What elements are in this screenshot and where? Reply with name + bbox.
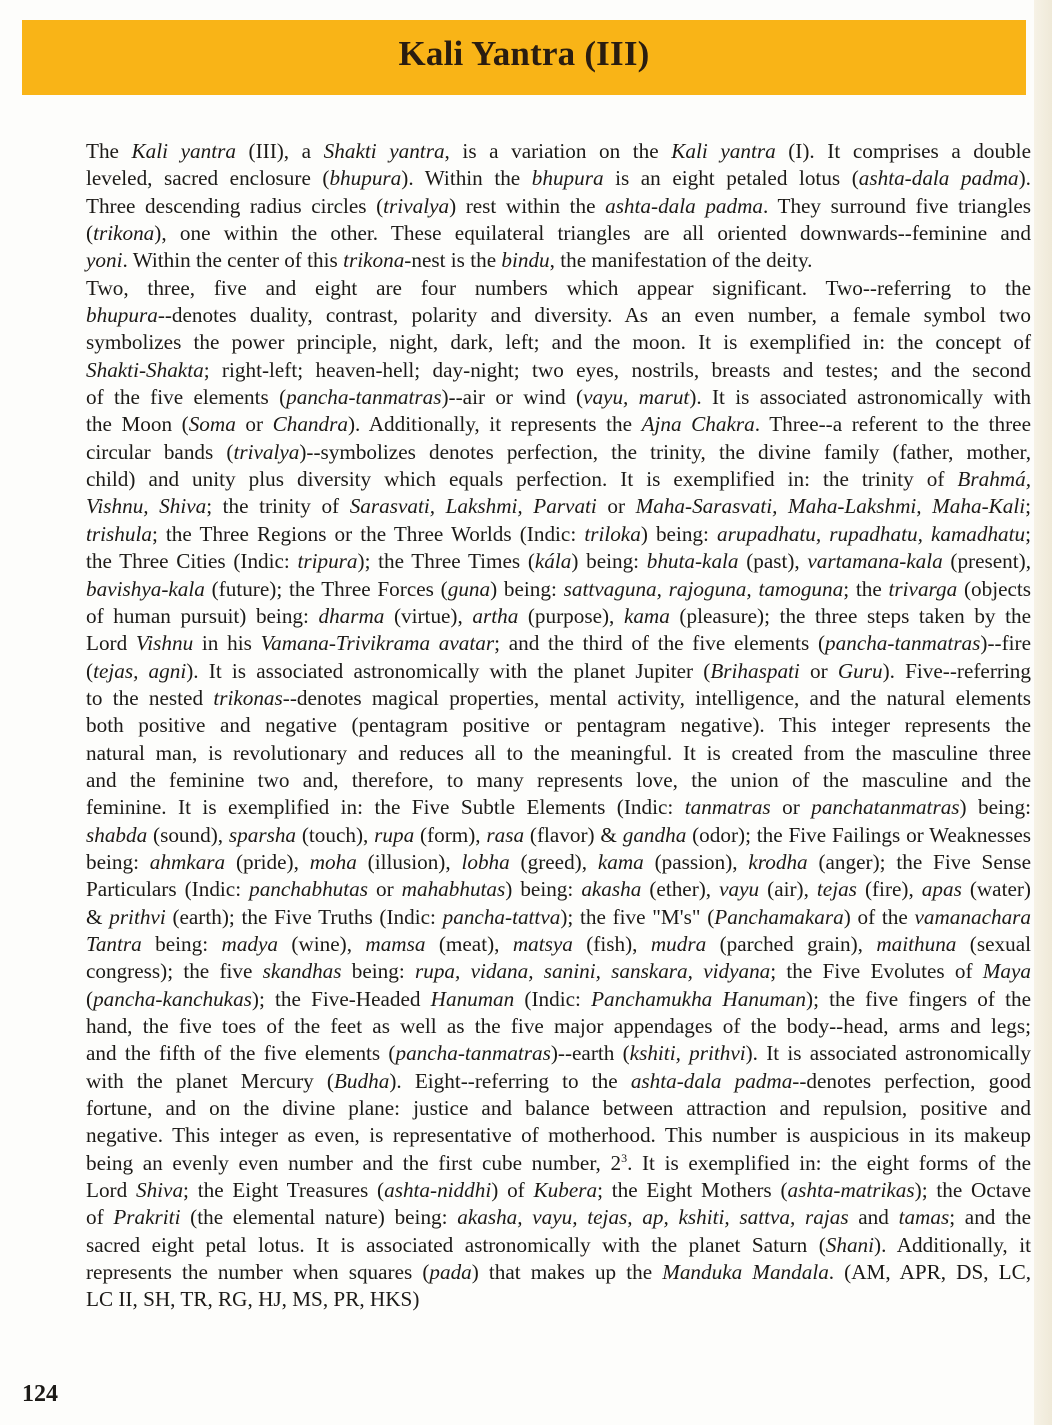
page-number: 124 [22,1381,58,1408]
text-line: and the feminine two and, therefore, to … [22,767,1031,794]
text-line: LC II, SH, TR, RG, HJ, MS, PR, HKS) [22,1286,1031,1313]
text-line: feminine. It is exemplified in: the Five… [22,794,1031,821]
text-line: hand, the five toes of the feet as well … [22,1013,1031,1040]
text-line: bhupura--denotes duality, contrast, pola… [22,302,1031,329]
text-line: represents the number when squares (pada… [22,1259,1031,1286]
text-line: and the fifth of the five elements (panc… [22,1040,1031,1067]
text-line: to the nested trikonas--denotes magical … [22,685,1031,712]
text-line: Lord Shiva; the Eight Treasures (ashta-n… [22,1177,1031,1204]
text-line: of the five elements (pancha-tanmatras)-… [22,384,1031,411]
text-line: & prithvi (earth); the Five Truths (Indi… [22,904,1031,931]
text-line: both positive and negative (pentagram po… [22,712,1031,739]
text-line: Two, three, five and eight are four numb… [22,275,1031,302]
text-line: Tantra being: madya (wine), mamsa (meat)… [22,931,1031,958]
paragraph-intro: The Kali yantra (III), a Shakti yantra, … [22,138,1031,275]
text-line: being an evenly even number and the firs… [22,1150,1031,1177]
page-edge [1034,0,1052,1425]
text-line: (pancha-kanchukas); the Five-Headed Hanu… [22,986,1031,1013]
text-line: of Prakriti (the elemental nature) being… [22,1204,1031,1231]
text-line: fortune, and on the divine plane: justic… [22,1095,1031,1122]
text-line: congress); the five skandhas being: rupa… [22,958,1031,985]
text-line: leveled, sacred enclosure (bhupura). Wit… [22,165,1031,192]
text-line: trishula; the Three Regions or the Three… [22,521,1031,548]
text-line: the Three Cities (Indic: tripura); the T… [22,548,1031,575]
body-text: The Kali yantra (III), a Shakti yantra, … [22,138,1031,1314]
title-banner: Kali Yantra (III) [22,20,1026,95]
text-line: bavishya-kala (future); the Three Forces… [22,576,1031,603]
text-line: Three descending radius circles (trivaly… [22,193,1031,220]
text-line: symbolizes the power principle, night, d… [22,329,1031,356]
text-line: of human pursuit) being: dharma (virtue)… [22,603,1031,630]
page-title: Kali Yantra (III) [399,34,650,74]
text-line: Particulars (Indic: panchabhutas or maha… [22,876,1031,903]
text-line: being: ahmkara (pride), moha (illusion),… [22,849,1031,876]
text-line: (tejas, agni). It is associated astronom… [22,658,1031,685]
text-line: The Kali yantra (III), a Shakti yantra, … [22,138,1031,165]
text-line: yoni. Within the center of this trikona-… [22,247,1031,274]
text-line: natural man, is revolutionary and reduce… [22,740,1031,767]
text-line: the Moon (Soma or Chandra). Additionally… [22,411,1031,438]
text-line: shabda (sound), sparsha (touch), rupa (f… [22,822,1031,849]
text-line: (trikona), one within the other. These e… [22,220,1031,247]
text-line: child) and unity plus diversity which eq… [22,466,1031,493]
text-line: Vishnu, Shiva; the trinity of Sarasvati,… [22,493,1031,520]
text-line: sacred eight petal lotus. It is associat… [22,1232,1031,1259]
text-line: negative. This integer as even, is repre… [22,1122,1031,1149]
text-line: Lord Vishnu in his Vamana-Trivikrama ava… [22,630,1031,657]
text-line: Shakti-Shakta; right-left; heaven-hell; … [22,357,1031,384]
text-line: with the planet Mercury (Budha). Eight--… [22,1068,1031,1095]
paragraph-numbers: Two, three, five and eight are four numb… [22,275,1031,1314]
text-line: circular bands (trivalya)--symbolizes de… [22,439,1031,466]
